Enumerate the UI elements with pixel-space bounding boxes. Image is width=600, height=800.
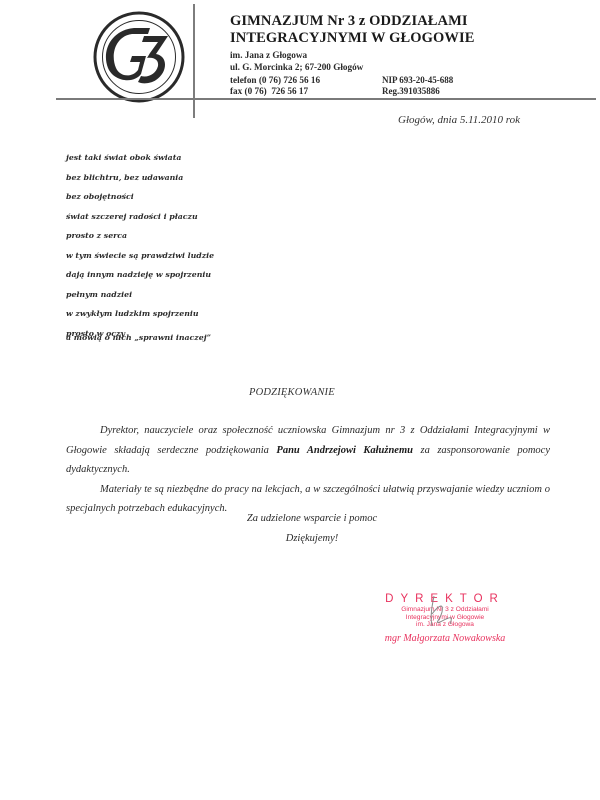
school-name-line2: INTEGRACYJNYMI W GŁOGOWIE — [230, 30, 474, 47]
poem-line: prosto z serca — [66, 226, 214, 246]
school-logo — [92, 10, 186, 104]
contact-ids: NIP 693-20-45-688 Reg.391035886 — [382, 75, 453, 96]
g3-logo-icon — [92, 10, 186, 104]
letter-body: Dyrektor, nauczyciele oraz społeczność u… — [66, 421, 550, 519]
closing-line-2: Dziękujemy! — [12, 533, 600, 544]
closing-line-1: Za udzielone wsparcie i pomoc — [12, 513, 600, 524]
school-name-line1: GIMNAZJUM Nr 3 z ODDZIAŁAMI — [230, 13, 474, 30]
poem-line: w tym świecie są prawdziwi ludzie — [66, 246, 214, 266]
regon-number: Reg.391035886 — [382, 86, 453, 97]
poem-line: dają innym nadzieję w spojrzeniu — [66, 265, 214, 285]
handwritten-signature — [420, 592, 470, 632]
poem-line: pełnym nadziei — [66, 285, 214, 305]
poem-line: w zwykłym ludzkim spojrzeniu — [66, 304, 214, 324]
poem-line: świat szczerej radości i płaczu — [66, 207, 214, 227]
letter-title: PODZIĘKOWANIE — [249, 387, 335, 398]
signature-scribble-icon — [420, 592, 470, 632]
school-address: ul. G. Morcinka 2; 67-200 Głogów — [230, 61, 363, 73]
school-address-block: im. Jana z Głogowa ul. G. Morcinka 2; 67… — [230, 49, 363, 73]
school-name: GIMNAZJUM Nr 3 z ODDZIAŁAMI INTEGRACYJNY… — [230, 13, 474, 47]
poem-line: bez obojętności — [66, 187, 214, 207]
poem: jest taki świat obok świata bez blichtru… — [66, 148, 214, 343]
poem-line: jest taki świat obok świata — [66, 148, 214, 168]
fax-number: fax (0 76) 726 56 17 — [230, 86, 320, 97]
recipient-name: Panu Andrzejowi Kałużnemu — [276, 445, 413, 456]
contact-phone-fax: telefon (0 76) 726 56 16 fax (0 76) 726 … — [230, 75, 320, 96]
phone-number: telefon (0 76) 726 56 16 — [230, 75, 320, 86]
stamp-signatory: mgr Małgorzata Nowakowska — [370, 633, 520, 644]
letter-date: Głogów, dnia 5.11.2010 rok — [398, 114, 520, 126]
header-horizontal-divider — [56, 98, 596, 100]
body-paragraph-1: Dyrektor, nauczyciele oraz społeczność u… — [66, 421, 550, 480]
poem-final-line: a mówią o nich „sprawni inaczej” — [66, 333, 211, 342]
school-patron: im. Jana z Głogowa — [230, 49, 363, 61]
poem-line: bez blichtru, bez udawania — [66, 168, 214, 188]
header-vertical-divider — [193, 4, 195, 118]
nip-number: NIP 693-20-45-688 — [382, 75, 453, 86]
